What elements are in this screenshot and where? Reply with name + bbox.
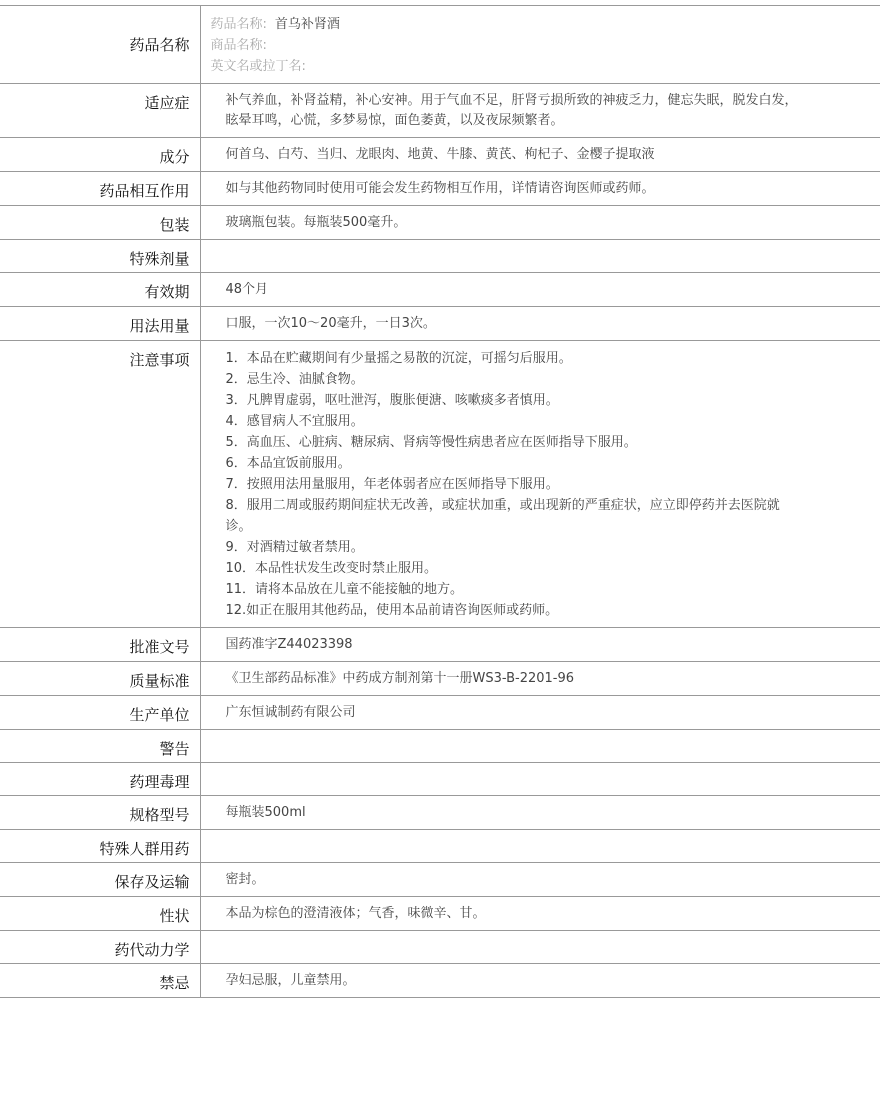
label-appearance: 性状 [0, 897, 200, 931]
precaution-item: 1．本品在贮藏期间有少量摇之易散的沉淀，可摇匀后服用。 [226, 348, 801, 369]
row-specification: 规格型号 每瓶装500ml [0, 796, 880, 830]
label-precautions: 注意事项 [0, 341, 200, 628]
english-name-label: 英文名或拉丁名: [211, 59, 306, 74]
row-drug-name: 药品名称 药品名称:首乌补肾酒 商品名称: 英文名或拉丁名: [0, 6, 880, 84]
label-usage: 用法用量 [0, 307, 200, 341]
row-interactions: 药品相互作用 如与其他药物同时使用可能会发生药物相互作用，详情请咨询医师或药师。 [0, 172, 880, 206]
value-special-dosage [200, 240, 880, 273]
value-drug-name: 药品名称:首乌补肾酒 商品名称: 英文名或拉丁名: [200, 6, 880, 84]
precaution-item: 6．本品宜饭前服用。 [226, 453, 801, 474]
label-warning: 警告 [0, 730, 200, 763]
label-specification: 规格型号 [0, 796, 200, 830]
label-ingredients: 成分 [0, 138, 200, 172]
english-name-line: 英文名或拉丁名: [211, 56, 801, 77]
label-drug-name: 药品名称 [0, 6, 200, 84]
generic-name-label: 药品名称: [211, 17, 267, 32]
value-manufacturer: 广东恒诚制药有限公司 [200, 696, 880, 730]
precaution-item: 3．凡脾胃虚弱，呕吐泄泻，腹胀便溏、咳嗽痰多者慎用。 [226, 390, 801, 411]
label-standard: 质量标准 [0, 662, 200, 696]
row-toxicology: 药理毒理 [0, 763, 880, 796]
label-approval: 批准文号 [0, 628, 200, 662]
value-contraindications: 孕妇忌服，儿童禁用。 [200, 964, 880, 998]
row-storage: 保存及运输 密封。 [0, 863, 880, 897]
precaution-item: 9．对酒精过敏者禁用。 [226, 537, 801, 558]
value-expiry: 48个月 [200, 273, 880, 307]
label-contraindications: 禁忌 [0, 964, 200, 998]
value-storage: 密封。 [200, 863, 880, 897]
label-special-population: 特殊人群用药 [0, 830, 200, 863]
value-ingredients: 何首乌、白芍、当归、龙眼肉、地黄、牛膝、黄芪、枸杞子、金樱子提取液 [200, 138, 880, 172]
row-manufacturer: 生产单位 广东恒诚制药有限公司 [0, 696, 880, 730]
value-usage: 口服，一次10～20毫升，一日3次。 [200, 307, 880, 341]
precaution-item: 7．按照用法用量服用，年老体弱者应在医师指导下服用。 [226, 474, 801, 495]
row-usage: 用法用量 口服，一次10～20毫升，一日3次。 [0, 307, 880, 341]
row-special-population: 特殊人群用药 [0, 830, 880, 863]
value-indications: 补气养血，补肾益精，补心安神。用于气血不足，肝肾亏损所致的神疲乏力，健忘失眠，脱… [200, 84, 880, 138]
precaution-item: 4．感冒病人不宜服用。 [226, 411, 801, 432]
value-pharmacokinetics [200, 931, 880, 964]
value-appearance: 本品为棕色的澄清液体；气香，味微辛、甘。 [200, 897, 880, 931]
row-precautions: 注意事项 1．本品在贮藏期间有少量摇之易散的沉淀，可摇匀后服用。 2．忌生冷、油… [0, 341, 880, 628]
row-appearance: 性状 本品为棕色的澄清液体；气香，味微辛、甘。 [0, 897, 880, 931]
row-warning: 警告 [0, 730, 880, 763]
label-expiry: 有效期 [0, 273, 200, 307]
value-interactions: 如与其他药物同时使用可能会发生药物相互作用，详情请咨询医师或药师。 [200, 172, 880, 206]
row-packaging: 包装 玻璃瓶包装。每瓶装500毫升。 [0, 206, 880, 240]
precaution-item: 11．请将本品放在儿童不能接触的地方。 [226, 579, 801, 600]
label-special-dosage: 特殊剂量 [0, 240, 200, 273]
trade-name-line: 商品名称: [211, 35, 801, 56]
value-packaging: 玻璃瓶包装。每瓶装500毫升。 [200, 206, 880, 240]
precaution-item: 10．本品性状发生改变时禁止服用。 [226, 558, 801, 579]
precaution-item: 12.如正在服用其他药品，使用本品前请咨询医师或药师。 [226, 600, 801, 621]
label-storage: 保存及运输 [0, 863, 200, 897]
row-standard: 质量标准 《卫生部药品标准》中药成方制剂第十一册WS3-B-2201-96 [0, 662, 880, 696]
value-toxicology [200, 763, 880, 796]
label-indications: 适应症 [0, 84, 200, 138]
label-interactions: 药品相互作用 [0, 172, 200, 206]
row-expiry: 有效期 48个月 [0, 273, 880, 307]
row-ingredients: 成分 何首乌、白芍、当归、龙眼肉、地黄、牛膝、黄芪、枸杞子、金樱子提取液 [0, 138, 880, 172]
precaution-item: 2．忌生冷、油腻食物。 [226, 369, 801, 390]
value-approval: 国药准字Z44023398 [200, 628, 880, 662]
precaution-item: 5．高血压、心脏病、糖尿病、肾病等慢性病患者应在医师指导下服用。 [226, 432, 801, 453]
precaution-item: 8．服用二周或服药期间症状无改善，或症状加重，或出现新的严重症状，应立即停药并去… [226, 495, 801, 537]
row-indications: 适应症 补气养血，补肾益精，补心安神。用于气血不足，肝肾亏损所致的神疲乏力，健忘… [0, 84, 880, 138]
label-toxicology: 药理毒理 [0, 763, 200, 796]
label-pharmacokinetics: 药代动力学 [0, 931, 200, 964]
row-pharmacokinetics: 药代动力学 [0, 931, 880, 964]
value-precautions: 1．本品在贮藏期间有少量摇之易散的沉淀，可摇匀后服用。 2．忌生冷、油腻食物。 … [200, 341, 880, 628]
trade-name-label: 商品名称: [211, 38, 267, 53]
value-special-population [200, 830, 880, 863]
row-approval: 批准文号 国药准字Z44023398 [0, 628, 880, 662]
row-contraindications: 禁忌 孕妇忌服，儿童禁用。 [0, 964, 880, 998]
drug-spec-table: 药品名称 药品名称:首乌补肾酒 商品名称: 英文名或拉丁名: 适应症 补气养血，… [0, 5, 880, 998]
generic-name-line: 药品名称:首乌补肾酒 [211, 14, 801, 35]
generic-name-value: 首乌补肾酒 [275, 17, 340, 32]
row-special-dosage: 特殊剂量 [0, 240, 880, 273]
value-specification: 每瓶装500ml [200, 796, 880, 830]
value-standard: 《卫生部药品标准》中药成方制剂第十一册WS3-B-2201-96 [200, 662, 880, 696]
label-packaging: 包装 [0, 206, 200, 240]
value-warning [200, 730, 880, 763]
label-manufacturer: 生产单位 [0, 696, 200, 730]
